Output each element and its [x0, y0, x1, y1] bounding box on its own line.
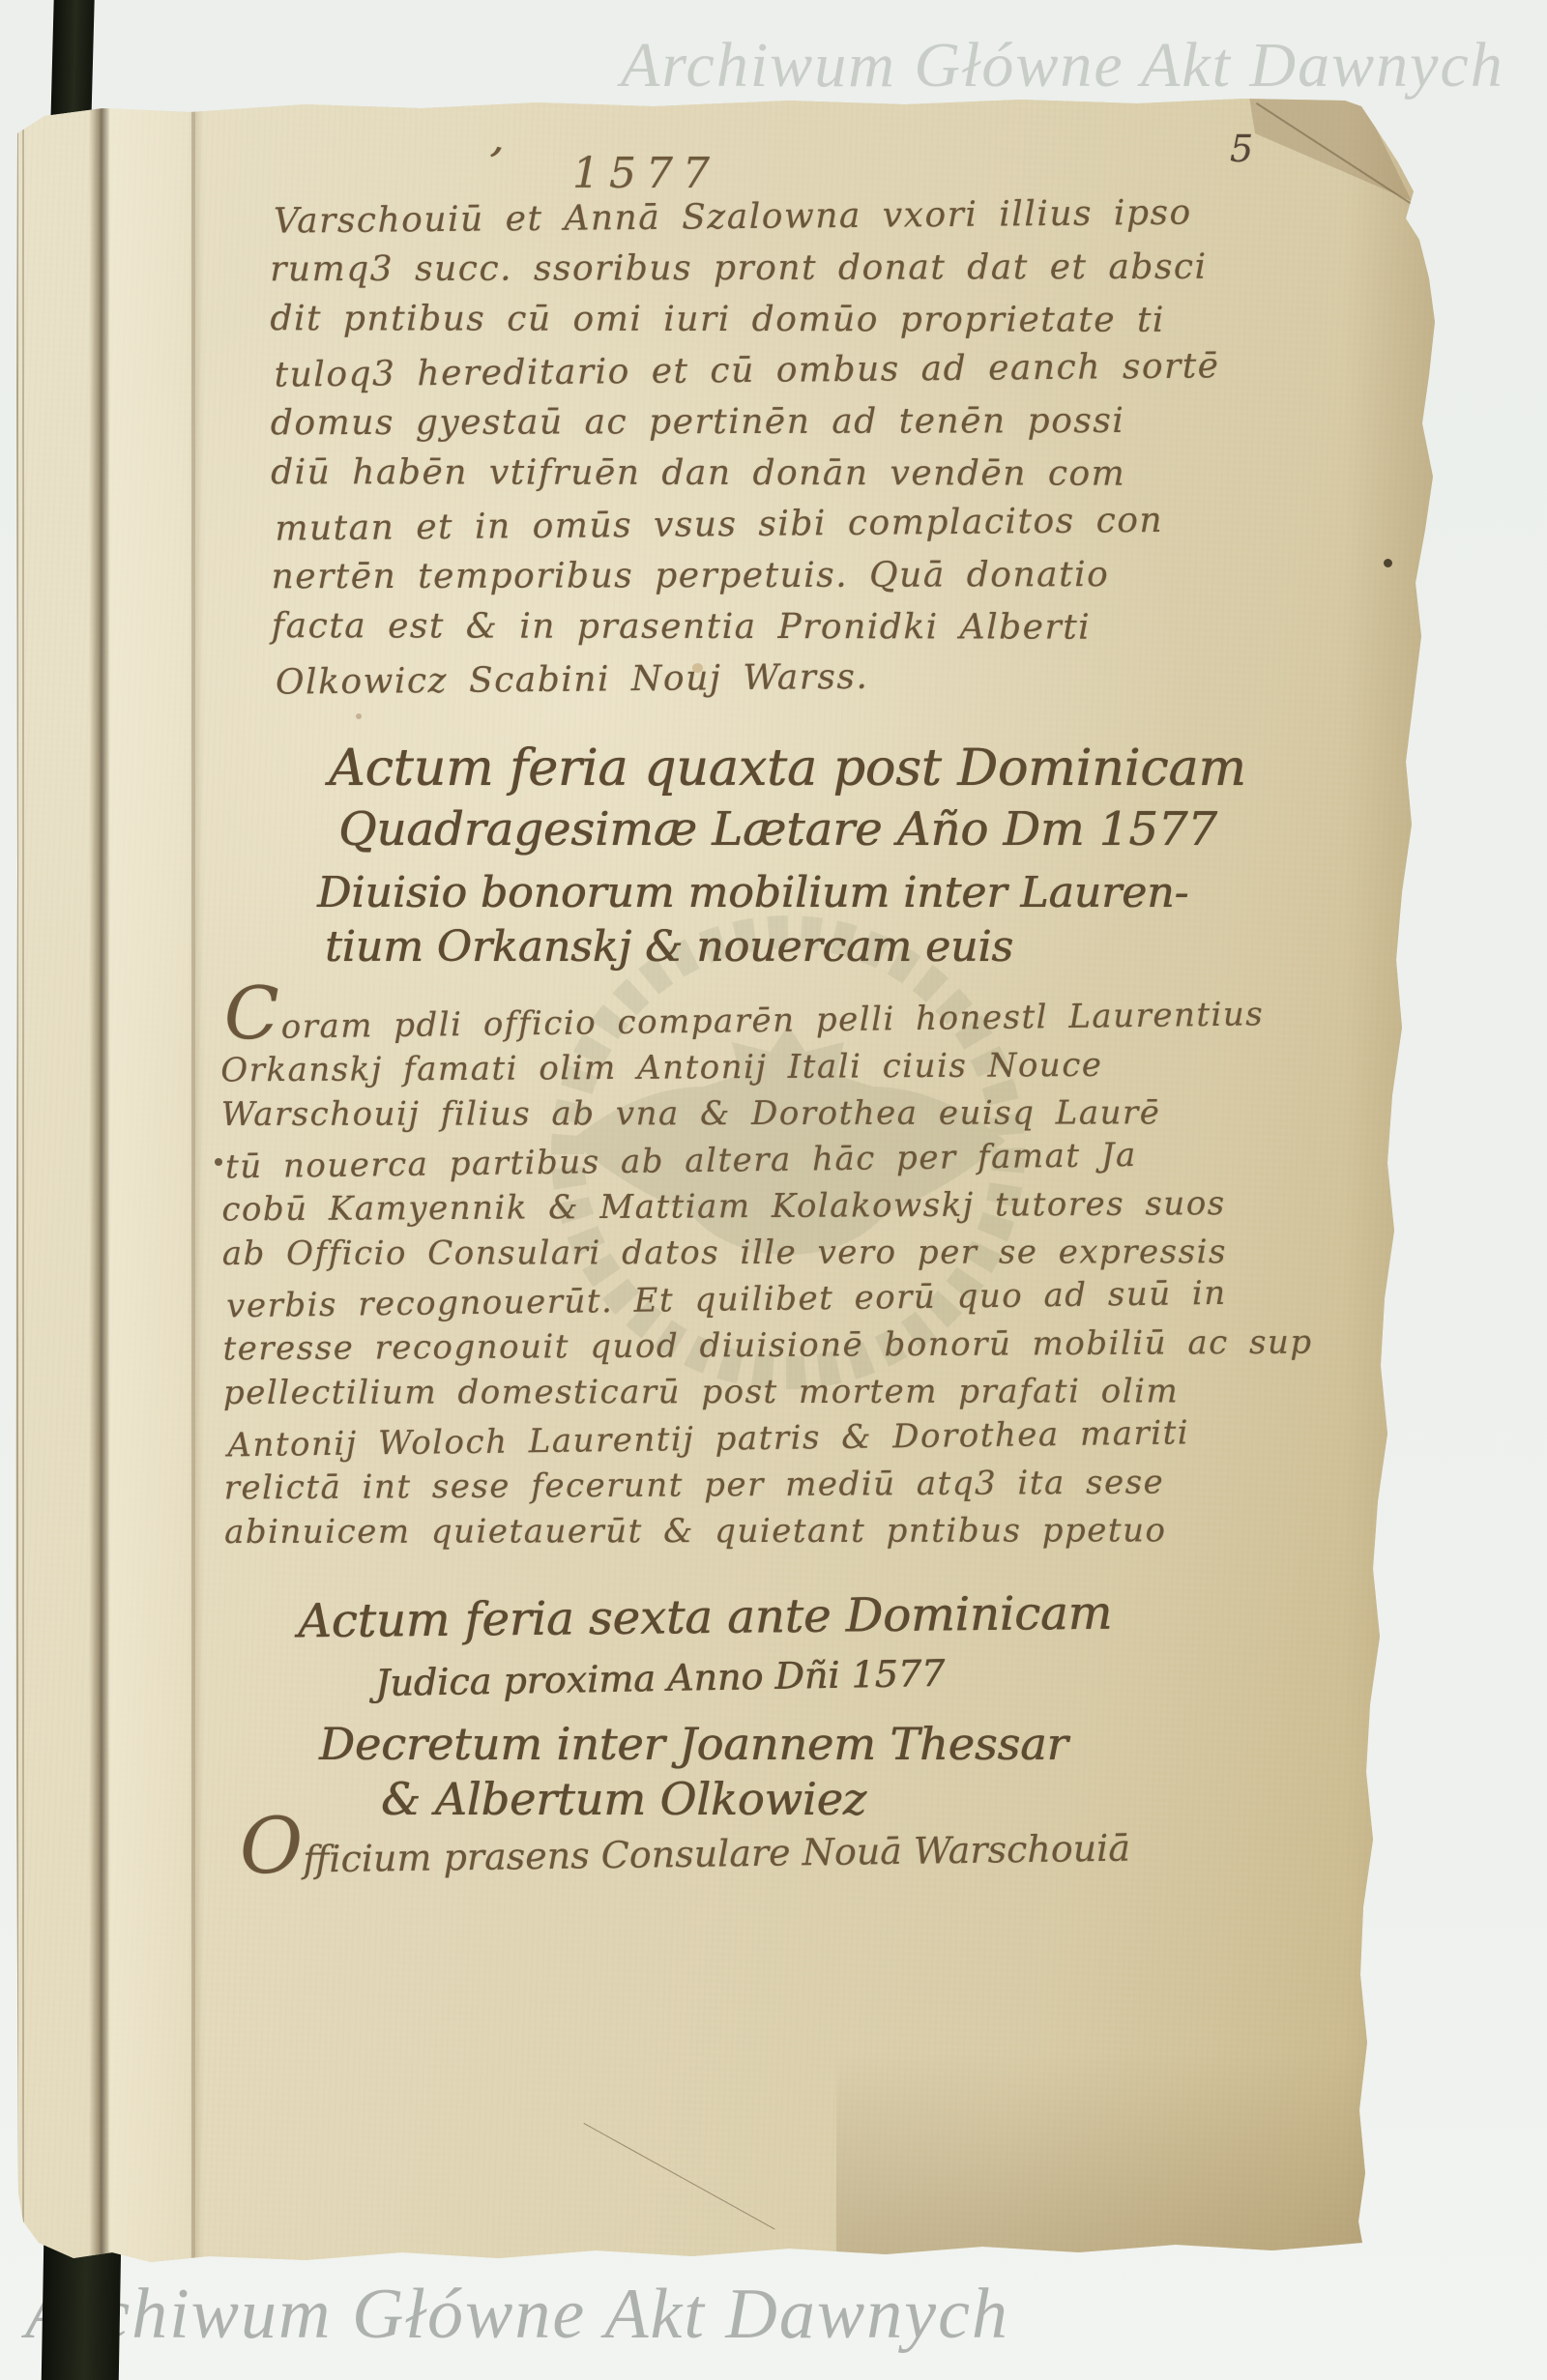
manuscript-line: Olkowicz Scabini Nouj Warss. — [276, 648, 1221, 708]
binding-ribbon-top — [50, 0, 94, 124]
manuscript-line: relictā int sese fecerunt per mediū atq3… — [224, 1459, 1314, 1512]
manuscript-line: cobū Kamyennik & Mattiam Kolakowskj tuto… — [221, 1180, 1311, 1234]
ink-speck — [1384, 559, 1392, 567]
spine-crease — [89, 95, 110, 2266]
manuscript-line: diū habēn vtifruēn dan donān vendēn com — [271, 447, 1216, 500]
left-edge-lines — [16, 114, 26, 2241]
ink-speck — [356, 713, 362, 719]
manuscript-line: rumq3 succ. ssoribus pront donat dat et … — [270, 242, 1215, 296]
spine-crease-secondary — [191, 95, 195, 2266]
manuscript-page: ’ 1577 5 Varschouiū et Annā Szalowna vxo… — [15, 95, 1508, 2266]
manuscript-line: Warschouij filius ab vna & Dorothea euis… — [221, 1089, 1311, 1138]
manuscript-line: mutan et in omūs vsus sibi complacitos c… — [275, 494, 1220, 554]
manuscript-line: Orkanskj famati olim Antonij Itali ciuis… — [220, 1041, 1310, 1094]
manuscript-line: teresse recognouit quod diuisionē bonorū… — [222, 1320, 1312, 1373]
heading-actum-laetare-line2: Quadragesimæ Lætare Año Dm 1577 — [338, 802, 1217, 856]
paragraph-coram: Coram pdli officio comparēn pelli honest… — [220, 994, 1315, 1559]
closing-line-officium: Officium prasens Consulare Nouā Warschou… — [240, 1827, 1131, 1882]
heading-decretum-line1: Decretum inter Joannem Thessar — [319, 1718, 1068, 1770]
archive-watermark-bottom: Archiwum Główne Akt Dawnych — [25, 2274, 1009, 2356]
archive-watermark-top: Archiwum Główne Akt Dawnych — [621, 29, 1504, 102]
heading-actum-judica-line2: Judica proxima Anno Dñi 1577 — [375, 1652, 946, 1704]
paper-crack — [584, 2123, 775, 2229]
spine-highlight — [108, 95, 193, 2266]
paragraph-donation: Varschouiū et Annā Szalowna vxori illius… — [270, 189, 1217, 706]
heading-divisio-line1: Diuisio bonorum mobilium inter Lauren- — [317, 868, 1188, 917]
manuscript-line: tuloq3 hereditario et cū ombus ad eanch … — [274, 340, 1219, 400]
manuscript-line: abinuicem quietauerūt & quietant pntibus… — [224, 1507, 1314, 1555]
manuscript-line: Varschouiū et Annā Szalowna vxori illius… — [274, 187, 1219, 247]
heading-decretum-line2: & Albertum Olkowiez — [381, 1773, 866, 1825]
manuscript-line: domus gyestaū ac pertinēn ad tenēn possi — [271, 395, 1216, 450]
archival-scan: Archiwum Główne Akt Dawnych ’ 1577 5 Var… — [0, 0, 1547, 2380]
heading-divisio-line2: tium Orkanskj & nouercam euis — [325, 922, 1013, 972]
manuscript-line: pellectilium domesticarū post mortem pra… — [223, 1368, 1313, 1416]
bottom-edge-discoloration — [836, 2053, 1508, 2266]
heading-actum-laetare-line1: Actum feria quaxta post Dominicam — [329, 740, 1246, 798]
page-number: 5 — [1230, 128, 1253, 170]
stray-ink-mark: ’ — [482, 136, 507, 190]
manuscript-line: nertēn temporibus perpetuis. Quā donatio — [272, 549, 1217, 603]
manuscript-line: dit pntibus cū omi iuri domūo proprietat… — [270, 293, 1215, 346]
binding-ribbon-bottom — [42, 2241, 122, 2380]
heading-actum-judica-line1: Actum feria sexta ante Dominicam — [298, 1586, 1113, 1649]
right-edge-discoloration — [1344, 95, 1508, 2266]
ink-speck — [1373, 1779, 1382, 1788]
manuscript-line: facta est & in prasentia Pronidki Albert… — [272, 600, 1217, 653]
manuscript-line: ab Officio Consulari datos ille vero per… — [222, 1229, 1312, 1277]
